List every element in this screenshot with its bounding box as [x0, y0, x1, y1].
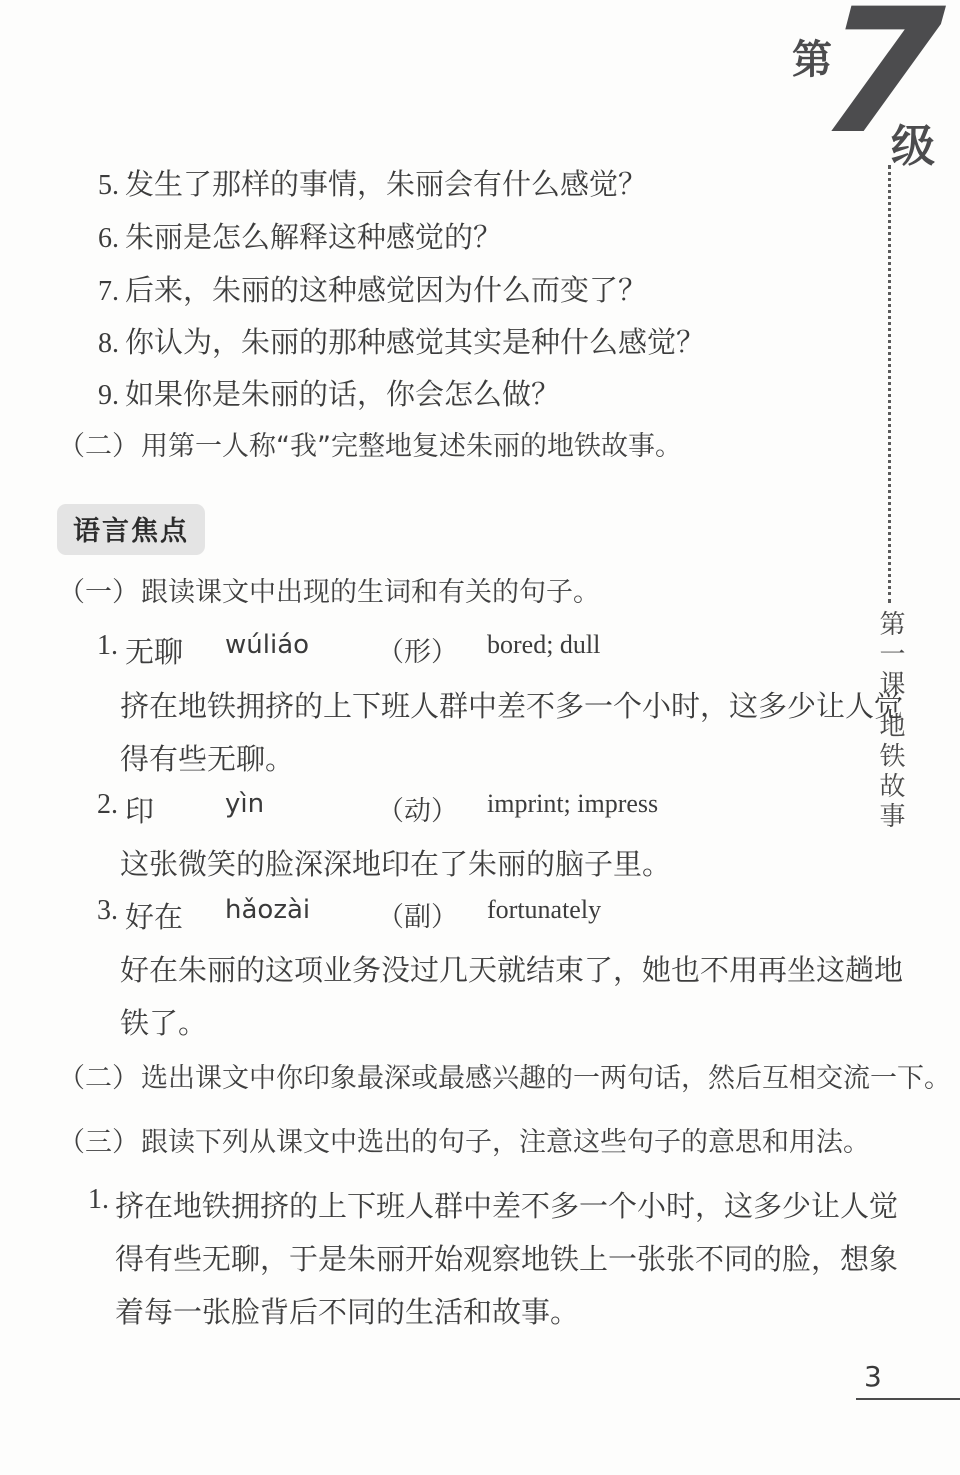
vocab-pos: （动）	[377, 789, 458, 828]
reading-sentence-number: 1.	[88, 1184, 109, 1216]
question-item: 8.你认为，朱丽的那种感觉其实是种什么感觉？	[98, 320, 705, 361]
vocab-example-line: 挤在地铁拥挤的上下班人群中差不多一个小时，这多少让人觉	[120, 684, 903, 725]
exercise-two-instruction: （二）选出课文中你印象最深或最感兴趣的一两句话，然后互相交流一下。	[58, 1056, 951, 1095]
question-text: 朱丽是怎么解释这种感觉的？	[125, 220, 502, 254]
vocab-entry-row: 2. 印 yìn （动） imprint; impress	[0, 789, 960, 829]
textbook-page: 第 7 级 第一课 地铁故事 5.发生了那样的事情，朱丽会有什么感觉？ 6.朱丽…	[0, 0, 960, 1475]
level-suffix: 级	[891, 110, 935, 174]
item-text: 选出课文中你印象最深或最感兴趣的一两句话，然后互相交流一下。	[141, 1063, 951, 1094]
vocab-example-line: 铁了。	[120, 1001, 207, 1042]
vocab-number: 2.	[97, 789, 118, 821]
vocab-word: 印	[125, 789, 154, 830]
question-item: 6.朱丽是怎么解释这种感觉的？	[98, 215, 502, 256]
dotted-divider	[888, 165, 891, 603]
vocab-pos: （形）	[377, 630, 458, 669]
question-text: 后来，朱丽的这种感觉因为什么而变了？	[125, 273, 647, 307]
question-item: 5.发生了那样的事情，朱丽会有什么感觉？	[98, 162, 647, 203]
question-number: 5.	[98, 170, 119, 201]
vocab-pinyin: yìn	[225, 789, 264, 819]
vocab-number: 3.	[97, 895, 118, 927]
item-marker: （二）	[58, 431, 139, 462]
item-text: 跟读下列从课文中选出的句子，注意这些句子的意思和用法。	[141, 1127, 870, 1158]
reading-sentence-line: 得有些无聊，于是朱丽开始观察地铁上一张张不同的脸，想象	[115, 1237, 898, 1278]
exercise-one-instruction: （一）跟读课文中出现的生词和有关的句子。	[58, 570, 600, 609]
question-item: 7.后来，朱丽的这种感觉因为什么而变了？	[98, 268, 647, 309]
vocab-pinyin: hǎozài	[225, 895, 310, 925]
retell-instruction: （二）用第一人称“我”完整地复述朱丽的地铁故事。	[58, 424, 682, 463]
item-text: 用第一人称“我”完整地复述朱丽的地铁故事。	[141, 431, 682, 462]
vocab-pos: （副）	[377, 895, 458, 934]
page-number: 3	[864, 1360, 882, 1393]
vocab-number: 1.	[97, 630, 118, 662]
question-text: 发生了那样的事情，朱丽会有什么感觉？	[125, 167, 647, 201]
vocab-word: 无聊	[125, 630, 183, 671]
exercise-three-instruction: （三）跟读下列从课文中选出的句子，注意这些句子的意思和用法。	[58, 1120, 870, 1159]
vocab-entry-row: 1. 无聊 wúliáo （形） bored; dull	[0, 630, 960, 670]
vocab-word: 好在	[125, 895, 183, 936]
reading-sentence-line: 挤在地铁拥挤的上下班人群中差不多一个小时，这多少让人觉	[115, 1184, 898, 1225]
item-marker: （二）	[58, 1063, 139, 1094]
item-marker: （三）	[58, 1127, 139, 1158]
question-number: 7.	[98, 276, 119, 307]
vocab-english: fortunately	[487, 895, 601, 925]
item-marker: （一）	[58, 577, 139, 608]
question-item: 9.如果你是朱丽的话，你会怎么做？	[98, 372, 560, 413]
vocab-example-line: 这张微笑的脸深深地印在了朱丽的脑子里。	[120, 842, 671, 883]
question-number: 8.	[98, 328, 119, 359]
question-number: 9.	[98, 380, 119, 411]
question-number: 6.	[98, 223, 119, 254]
footer-rule	[856, 1398, 960, 1400]
vocab-entry-row: 3. 好在 hǎozài （副） fortunately	[0, 895, 960, 935]
question-text: 你认为，朱丽的那种感觉其实是种什么感觉？	[125, 325, 705, 359]
question-text: 如果你是朱丽的话，你会怎么做？	[125, 377, 560, 411]
item-text: 跟读课文中出现的生词和有关的句子。	[141, 577, 600, 608]
vocab-example-line: 得有些无聊。	[120, 737, 294, 778]
vocab-pinyin: wúliáo	[225, 630, 309, 660]
vocab-english: bored; dull	[487, 630, 600, 660]
vocab-example-line: 好在朱丽的这项业务没过几天就结束了，她也不用再坐这趟地	[120, 948, 903, 989]
section-badge: 语言焦点	[57, 504, 205, 555]
reading-sentence-line: 着每一张脸背后不同的生活和故事。	[115, 1290, 579, 1331]
vocab-english: imprint; impress	[487, 789, 658, 819]
